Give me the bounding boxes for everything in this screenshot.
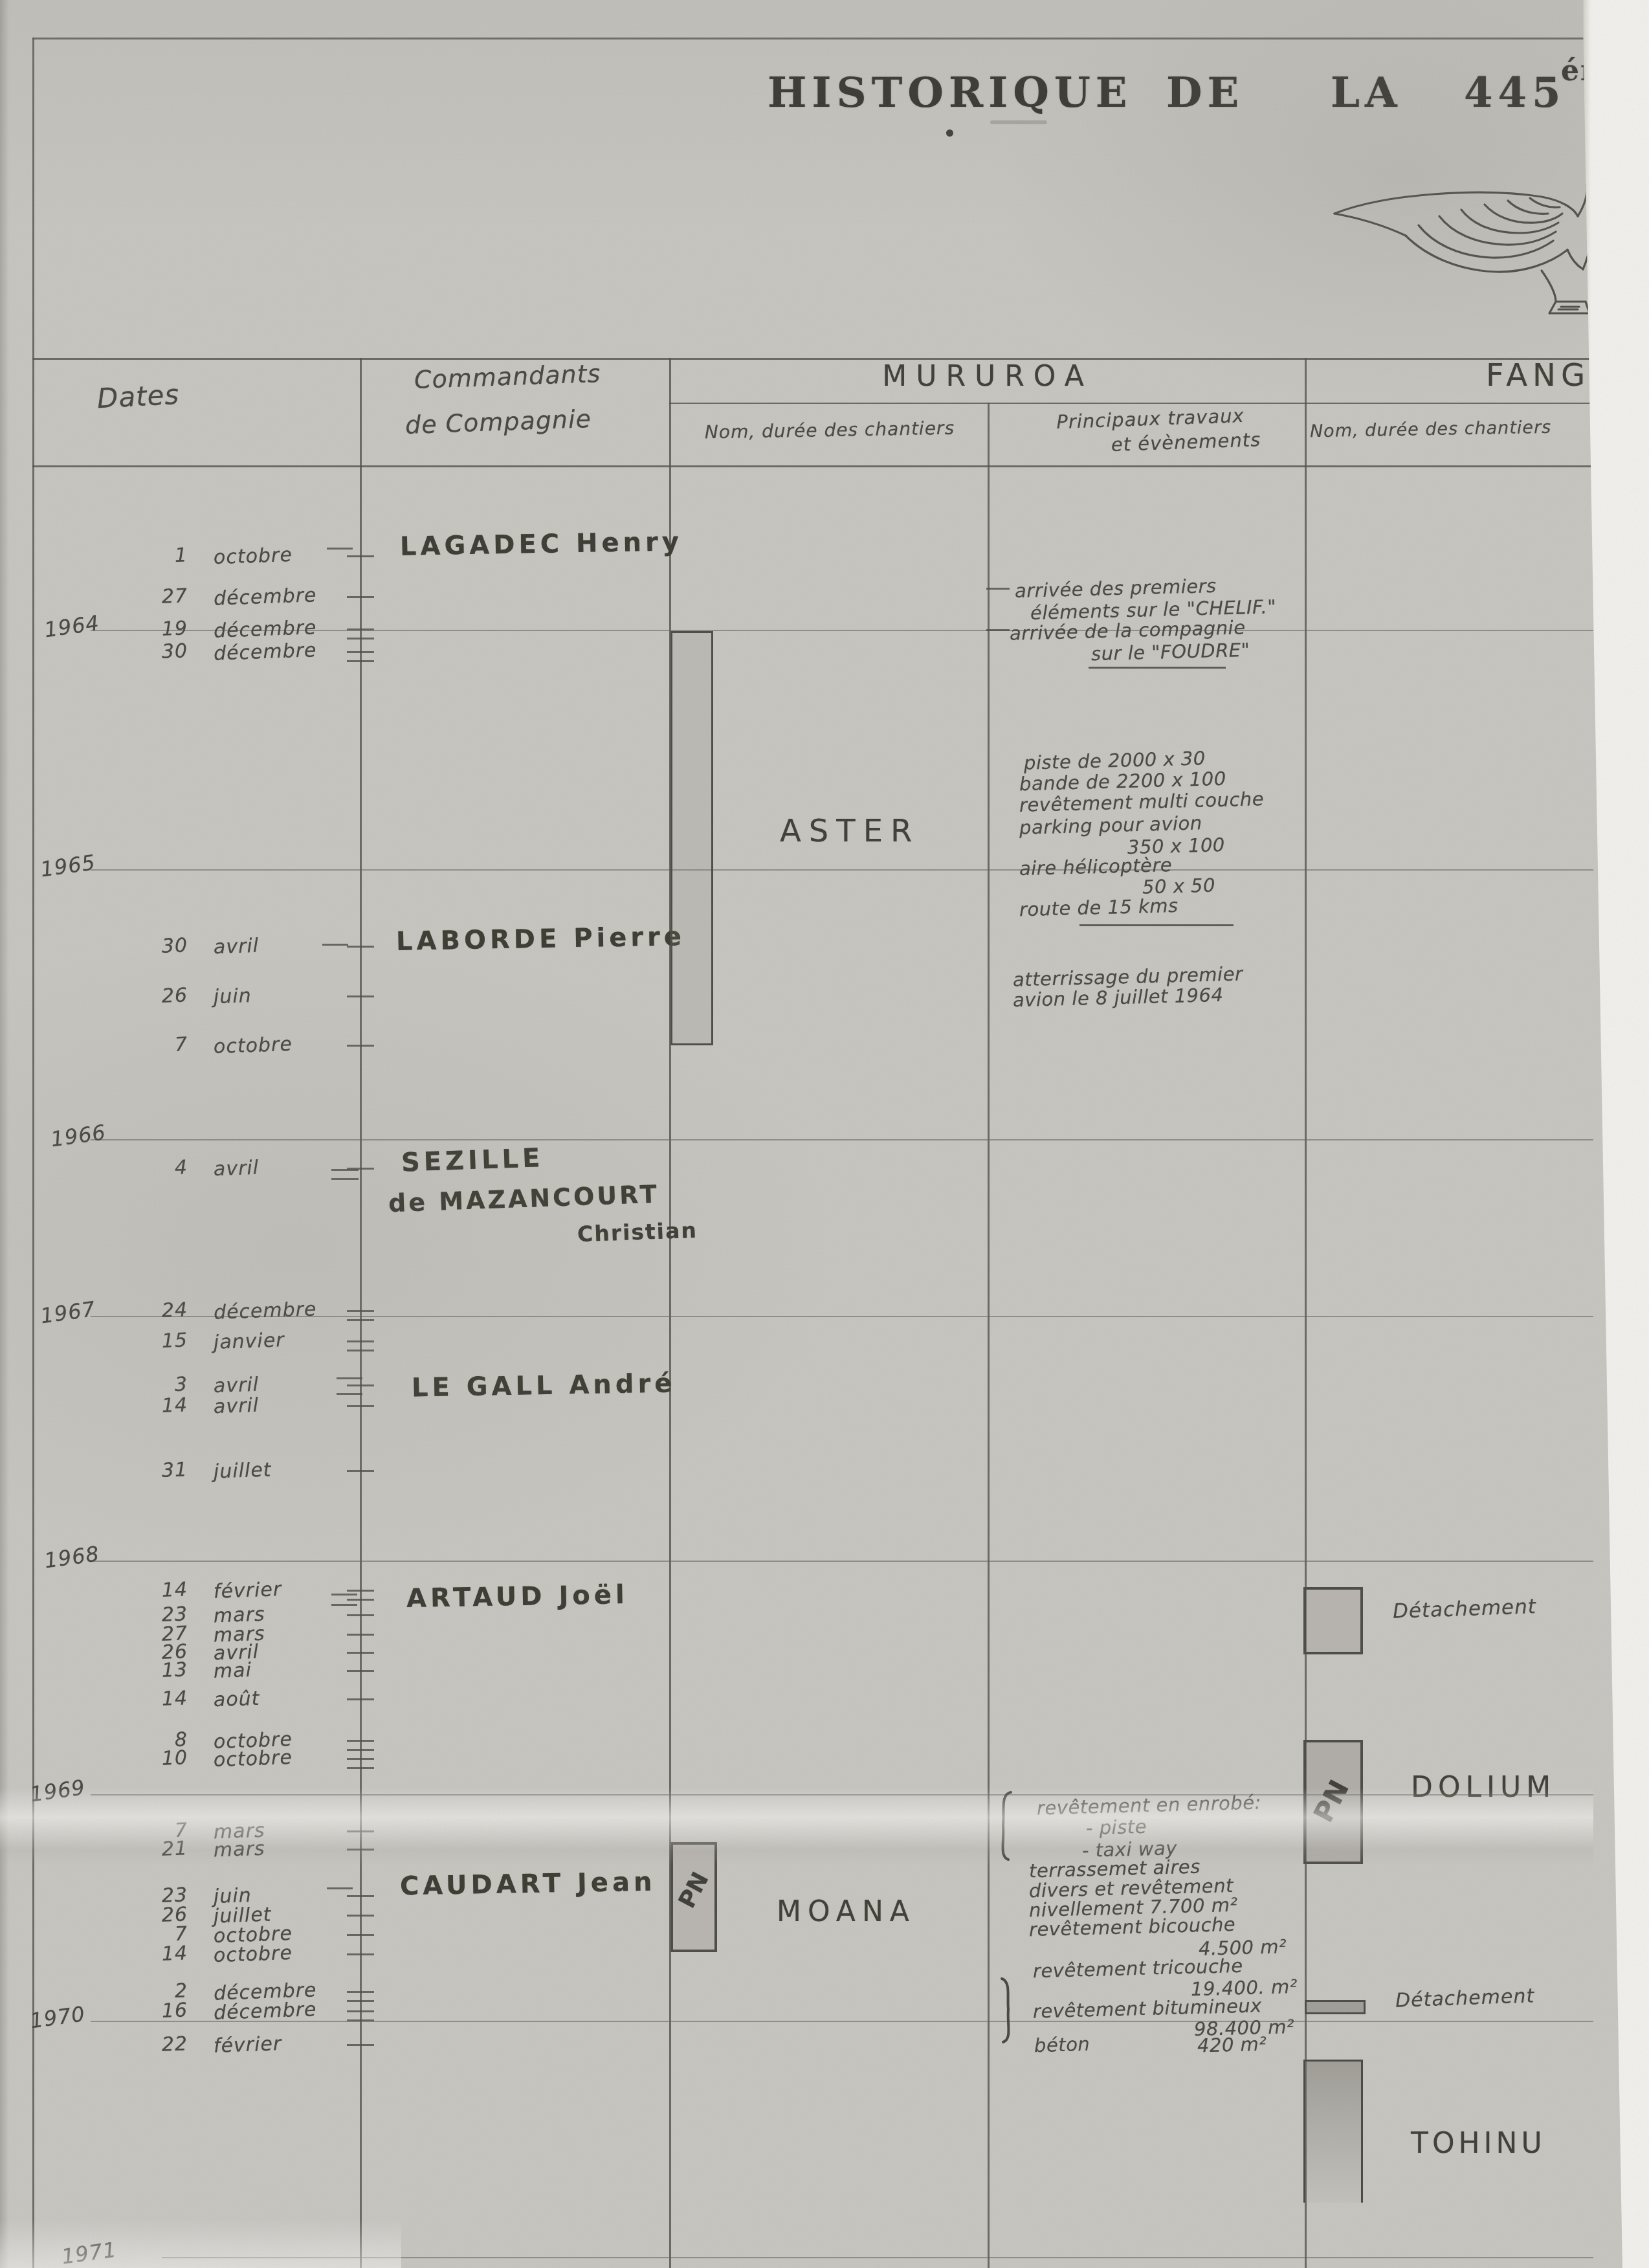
event-line-moana_works: revêtement bicouche xyxy=(1029,1913,1236,1940)
event-tick xyxy=(986,629,1010,631)
commander-tick xyxy=(327,548,353,550)
commander-tick xyxy=(337,1393,362,1395)
commander-name: LAGADEC Henry xyxy=(400,527,683,562)
detachement-box-1968 xyxy=(1303,1587,1363,1654)
event-line-moana_works: 420 m² xyxy=(1197,2033,1267,2057)
event-line-moana_works: revêtement en enrobé: xyxy=(1037,1791,1262,1819)
commander-tick xyxy=(331,1178,359,1180)
scanned-document-page: HISTORIQUE DE LA 445 én xyxy=(0,0,1649,2268)
chantier-name-tohinu: TOHINU xyxy=(1411,2127,1546,2160)
commander-name: Christian xyxy=(577,1217,698,1247)
chantier-name-dolium: DOLIUM xyxy=(1411,1771,1556,1804)
event-line-aster_works: route de 15 kms xyxy=(1019,895,1179,920)
event-line-arrival: sur le "FOUDRE" xyxy=(1091,639,1250,665)
year-line-1971 xyxy=(162,2257,1593,2258)
commander-name: ARTAUD Joël xyxy=(406,1580,628,1614)
commander-name: CAUDART Jean xyxy=(400,1867,656,1902)
chantier-name-detachement-2: Détachement xyxy=(1395,1984,1534,2012)
brace-icon xyxy=(995,1790,1015,1862)
commander-name: LABORDE Pierre xyxy=(396,922,686,957)
aster-duration-bar xyxy=(670,631,713,1045)
event-line-moana_works: - piste xyxy=(1086,1816,1147,1839)
commander-tick xyxy=(331,1594,357,1595)
chantier-name-aster: ASTER xyxy=(780,813,920,849)
brace-icon xyxy=(997,1977,1016,2044)
commander-name: LE GALL André xyxy=(412,1368,676,1403)
underline-foudre xyxy=(1089,667,1226,669)
event-tick xyxy=(986,588,1010,590)
event-line-first_landing: avion le 8 juillet 1964 xyxy=(1013,984,1224,1012)
commander-name: SEZILLE xyxy=(401,1143,544,1178)
commander-tick xyxy=(337,1377,362,1379)
chantier-name-moana: MOANA xyxy=(777,1895,916,1928)
commander-tick xyxy=(331,1169,359,1171)
commander-tick xyxy=(331,1604,357,1606)
tohinu-duration-bar xyxy=(1303,2060,1363,2203)
commander-tick xyxy=(327,1887,353,1889)
commander-tick xyxy=(322,944,348,946)
event-line-moana_works: béton xyxy=(1034,2033,1090,2056)
underline-route xyxy=(1079,924,1234,926)
detachement-bar-1970 xyxy=(1305,2000,1366,2014)
